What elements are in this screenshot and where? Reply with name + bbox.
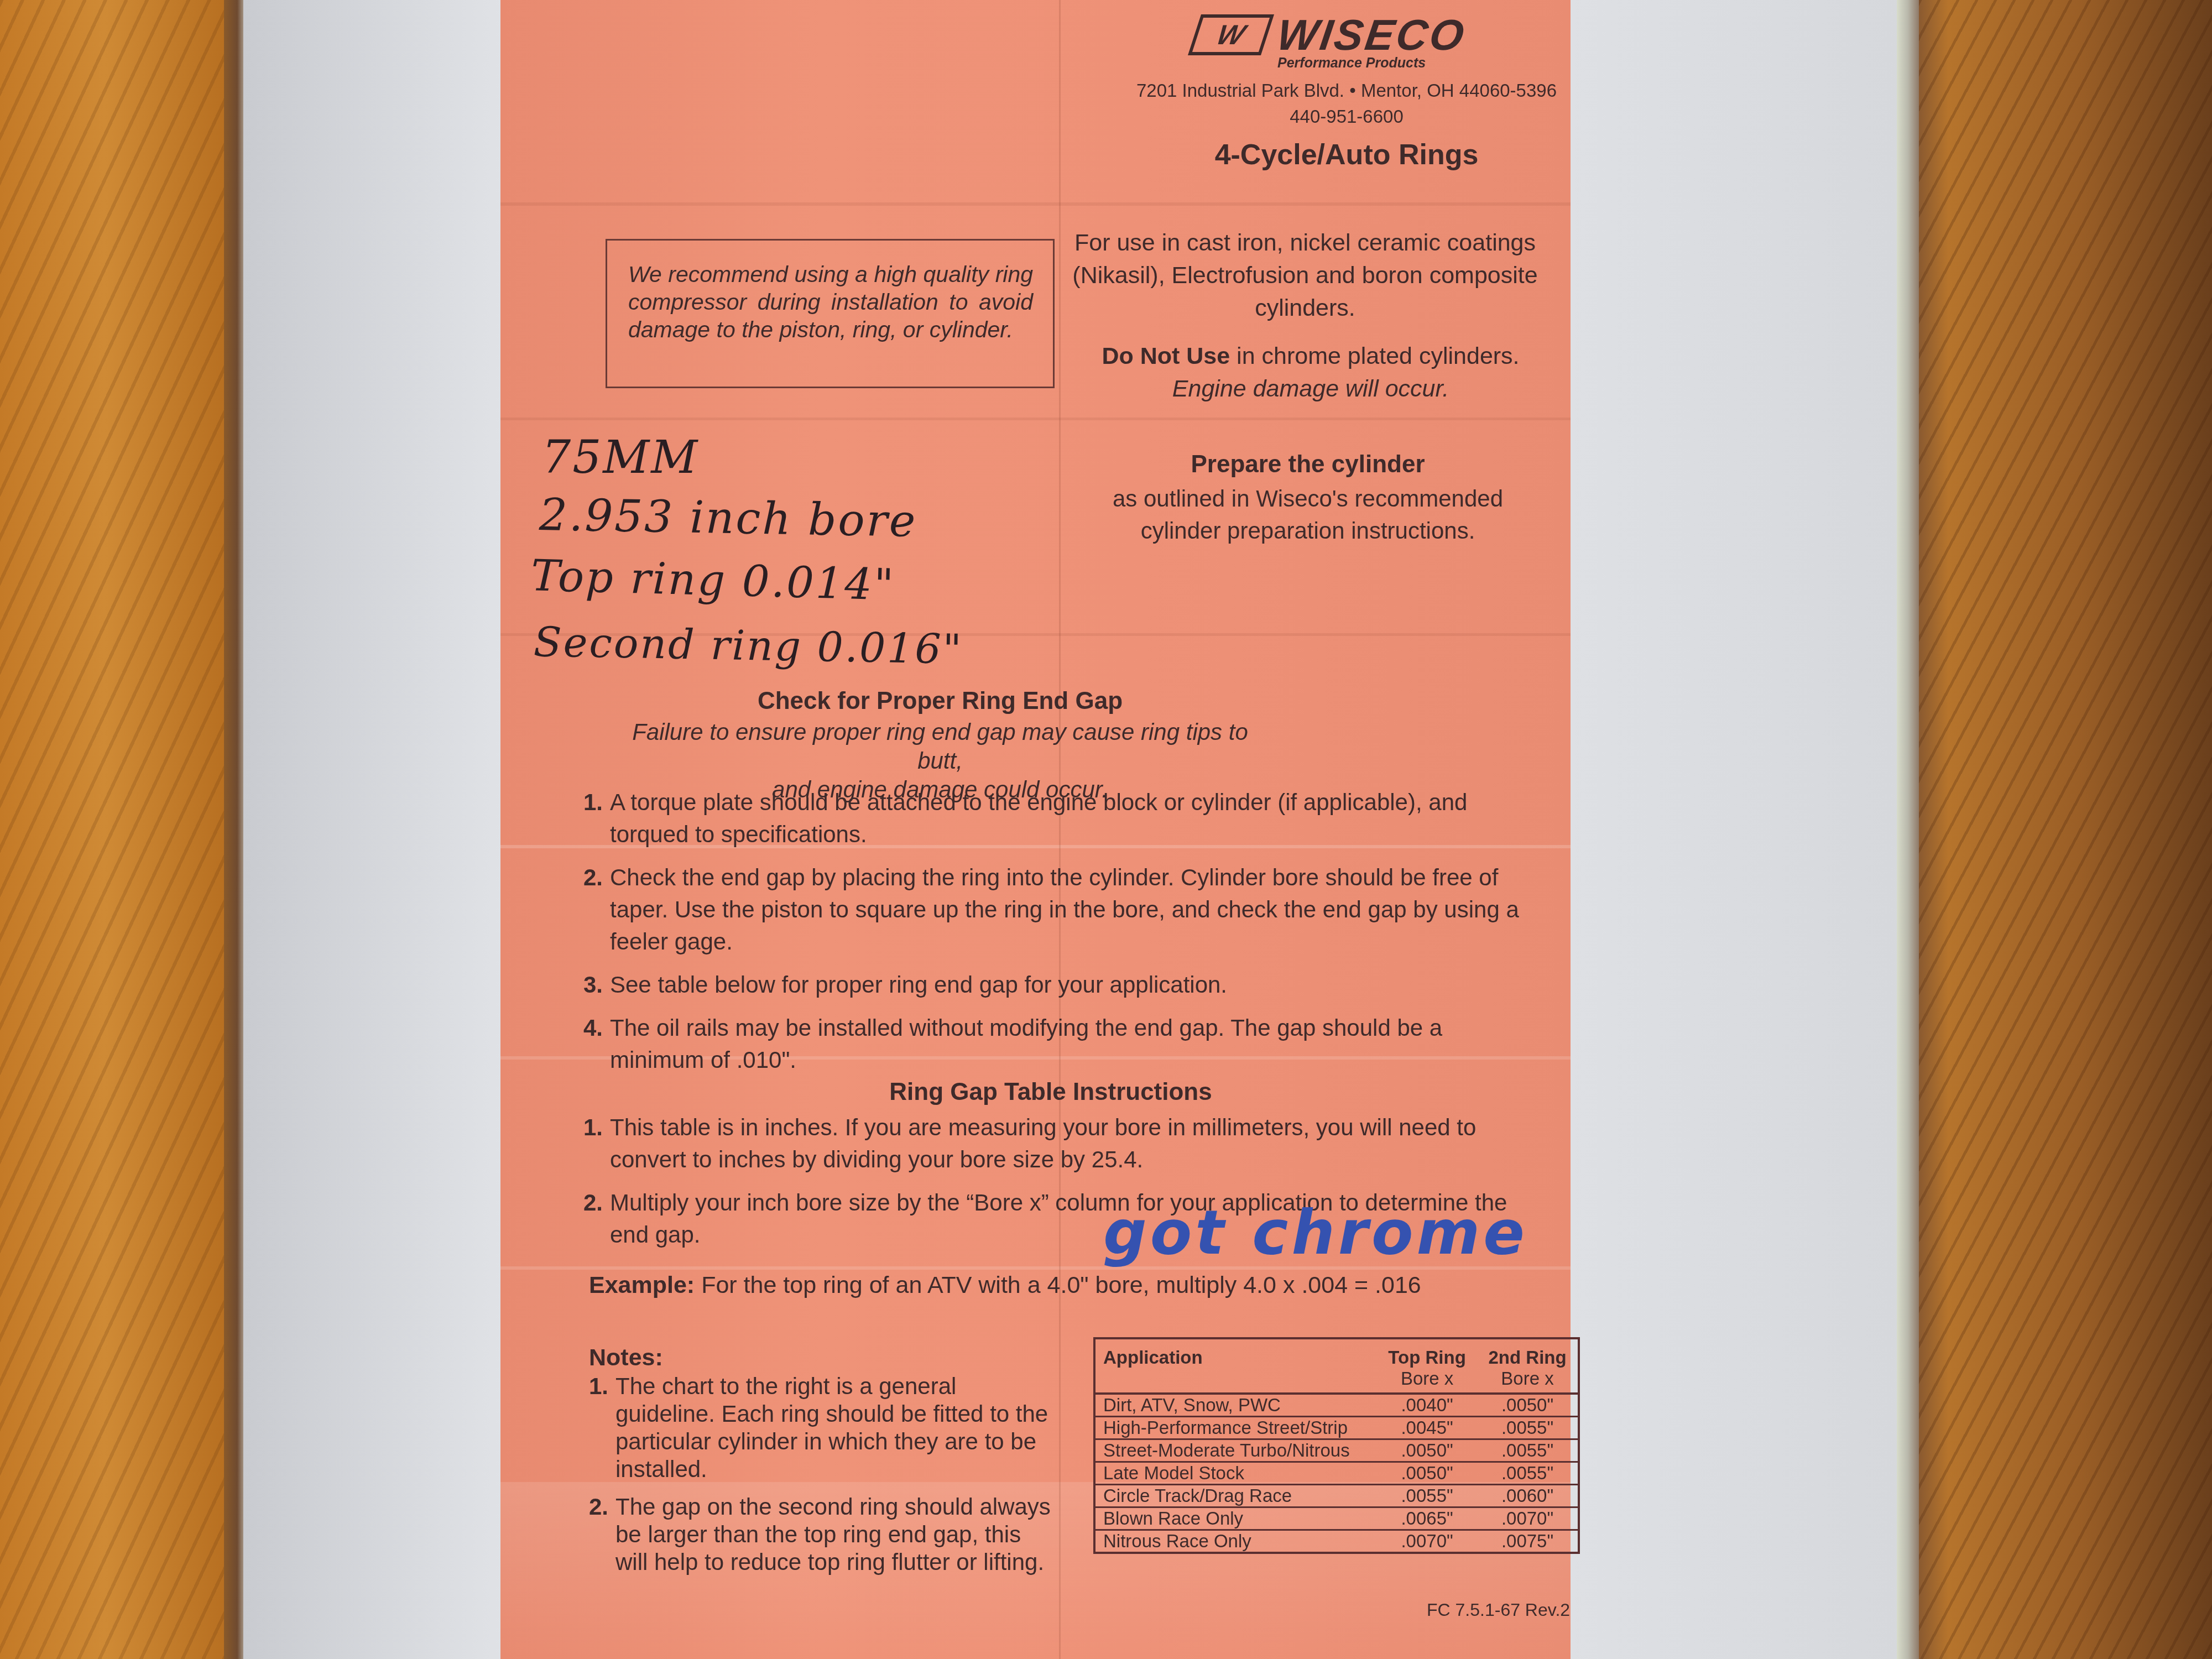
subtitle-line: Failure to ensure proper ring end gap ma… xyxy=(611,718,1269,775)
note-number: 1. xyxy=(589,1373,615,1483)
note-text: The chart to the right is a general guid… xyxy=(615,1373,1059,1483)
column-subheader xyxy=(1094,1368,1377,1394)
step-item: 1.A torque plate should be attached to t… xyxy=(583,786,1535,851)
company-phone: 440-951-6600 xyxy=(1131,106,1562,127)
top-ring-cell: .0065" xyxy=(1377,1507,1477,1530)
wiseco-logo: W WISECO xyxy=(1194,15,1504,54)
step-item: 2.Check the end gap by placing the ring … xyxy=(583,862,1535,958)
application-cell: Late Model Stock xyxy=(1094,1462,1377,1485)
step-number: 2. xyxy=(583,862,610,958)
application-cell: Blown Race Only xyxy=(1094,1507,1377,1530)
top-ring-cell: .0055" xyxy=(1377,1485,1477,1507)
second-ring-cell: .0055" xyxy=(1477,1462,1579,1485)
step-number: 2. xyxy=(583,1187,610,1251)
application-cell: Nitrous Race Only xyxy=(1094,1530,1377,1553)
logo-tagline: Performance Products xyxy=(1277,55,1426,71)
table-row: Nitrous Race Only.0070".0075" xyxy=(1094,1530,1579,1553)
step-text: The oil rails may be installed without m… xyxy=(610,1012,1535,1076)
notes-section: Notes: 1.The chart to the right is a gen… xyxy=(589,1344,1059,1586)
table-row: Street-Moderate Turbo/Nitrous.0050".0055… xyxy=(1094,1439,1579,1462)
check-gap-heading: Check for Proper Ring End Gap xyxy=(611,687,1269,715)
second-ring-cell: .0070" xyxy=(1477,1507,1579,1530)
application-cell: High-Performance Street/Strip xyxy=(1094,1417,1377,1439)
notes-heading: Notes: xyxy=(589,1344,1059,1371)
usage-warning: Do Not Use in chrome plated cylinders. E… xyxy=(1062,340,1559,405)
logo-mark-icon: W xyxy=(1188,14,1274,55)
form-code: FC 7.5.1-67 Rev.2 xyxy=(1427,1600,1570,1620)
note-item: 1.The chart to the right is a general gu… xyxy=(589,1373,1059,1483)
step-number: 1. xyxy=(583,786,610,851)
column-subheader: Bore x xyxy=(1377,1368,1477,1394)
note-text: The gap on the second ring should always… xyxy=(615,1493,1059,1576)
note-number: 2. xyxy=(589,1493,615,1576)
step-item: 3.See table below for proper ring end ga… xyxy=(583,969,1535,1001)
application-cell: Dirt, ATV, Snow, PWC xyxy=(1094,1394,1377,1417)
handwritten-bore-inch: 2.953 inch bore xyxy=(539,489,917,547)
document-title: 4-Cycle/Auto Rings xyxy=(1131,138,1562,171)
second-ring-cell: .0055" xyxy=(1477,1417,1579,1439)
table-row: Dirt, ATV, Snow, PWC.0040".0050" xyxy=(1094,1394,1579,1417)
binder-edge-left xyxy=(224,0,246,1659)
logo-wordmark: WISECO xyxy=(1274,10,1469,60)
example-label: Example: xyxy=(589,1272,695,1298)
check-gap-steps: 1.A torque plate should be attached to t… xyxy=(583,786,1535,1087)
top-ring-cell: .0045" xyxy=(1377,1417,1477,1439)
handwritten-bore-mm: 75MM xyxy=(542,431,699,484)
table-row: Late Model Stock.0050".0055" xyxy=(1094,1462,1579,1485)
step-number: 1. xyxy=(583,1112,610,1176)
handwritten-ink-note: got chrome xyxy=(1103,1197,1528,1268)
top-ring-cell: .0050" xyxy=(1377,1439,1477,1462)
wood-table-right xyxy=(1919,0,2212,1659)
ring-gap-instructions-heading: Ring Gap Table Instructions xyxy=(611,1078,1490,1106)
second-ring-cell: .0055" xyxy=(1477,1439,1579,1462)
warning-text: in chrome plated cylinders. xyxy=(1230,343,1519,369)
second-ring-cell: .0050" xyxy=(1477,1394,1579,1417)
table-row: High-Performance Street/Strip.0045".0055… xyxy=(1094,1417,1579,1439)
handwritten-top-ring: Top ring 0.014" xyxy=(530,551,896,610)
step-number: 3. xyxy=(583,969,610,1001)
prepare-body: as outlined in Wiseco's recommended cyli… xyxy=(1076,483,1540,547)
step-text: This table is in inches. If you are meas… xyxy=(610,1112,1535,1176)
top-ring-cell: .0050" xyxy=(1377,1462,1477,1485)
column-header: Application xyxy=(1094,1338,1377,1368)
step-text: See table below for proper ring end gap … xyxy=(610,969,1535,1001)
table-row: Circle Track/Drag Race.0055".0060" xyxy=(1094,1485,1579,1507)
column-header: Top Ring xyxy=(1377,1338,1477,1368)
example-text: Example: For the top ring of an ATV with… xyxy=(589,1272,1529,1299)
note-item: 2.The gap on the second ring should alwa… xyxy=(589,1493,1059,1576)
top-ring-cell: .0040" xyxy=(1377,1394,1477,1417)
step-number: 4. xyxy=(583,1012,610,1076)
step-item: 1.This table is in inches. If you are me… xyxy=(583,1112,1535,1176)
step-text: A torque plate should be attached to the… xyxy=(610,786,1535,851)
top-ring-cell: .0070" xyxy=(1377,1530,1477,1553)
second-ring-cell: .0060" xyxy=(1477,1485,1579,1507)
handwritten-second-ring: Second ring 0.016" xyxy=(533,618,963,674)
table-row: Blown Race Only.0065".0070" xyxy=(1094,1507,1579,1530)
column-header: 2nd Ring xyxy=(1477,1338,1579,1368)
company-address: 7201 Industrial Park Blvd. • Mentor, OH … xyxy=(1131,80,1562,101)
application-cell: Street-Moderate Turbo/Nitrous xyxy=(1094,1439,1377,1462)
recommendation-box: We recommend using a high quality ring c… xyxy=(606,239,1055,388)
instruction-sheet: W WISECO Performance Products 7201 Indus… xyxy=(500,0,1571,1659)
prepare-heading: Prepare the cylinder xyxy=(1087,451,1529,478)
step-item: 4.The oil rails may be installed without… xyxy=(583,1012,1535,1076)
step-text: Check the end gap by placing the ring in… xyxy=(610,862,1535,958)
column-subheader: Bore x xyxy=(1477,1368,1579,1394)
ring-gap-table: Application Top Ring 2nd Ring Bore x Bor… xyxy=(1093,1337,1580,1554)
warning-bold: Do Not Use xyxy=(1102,343,1230,369)
second-ring-cell: .0075" xyxy=(1477,1530,1579,1553)
warning-italic: Engine damage will occur. xyxy=(1062,373,1559,405)
application-cell: Circle Track/Drag Race xyxy=(1094,1485,1377,1507)
usage-text: For use in cast iron, nickel ceramic coa… xyxy=(1062,227,1548,325)
wood-table-left xyxy=(0,0,232,1659)
example-body: For the top ring of an ATV with a 4.0" b… xyxy=(695,1272,1421,1298)
